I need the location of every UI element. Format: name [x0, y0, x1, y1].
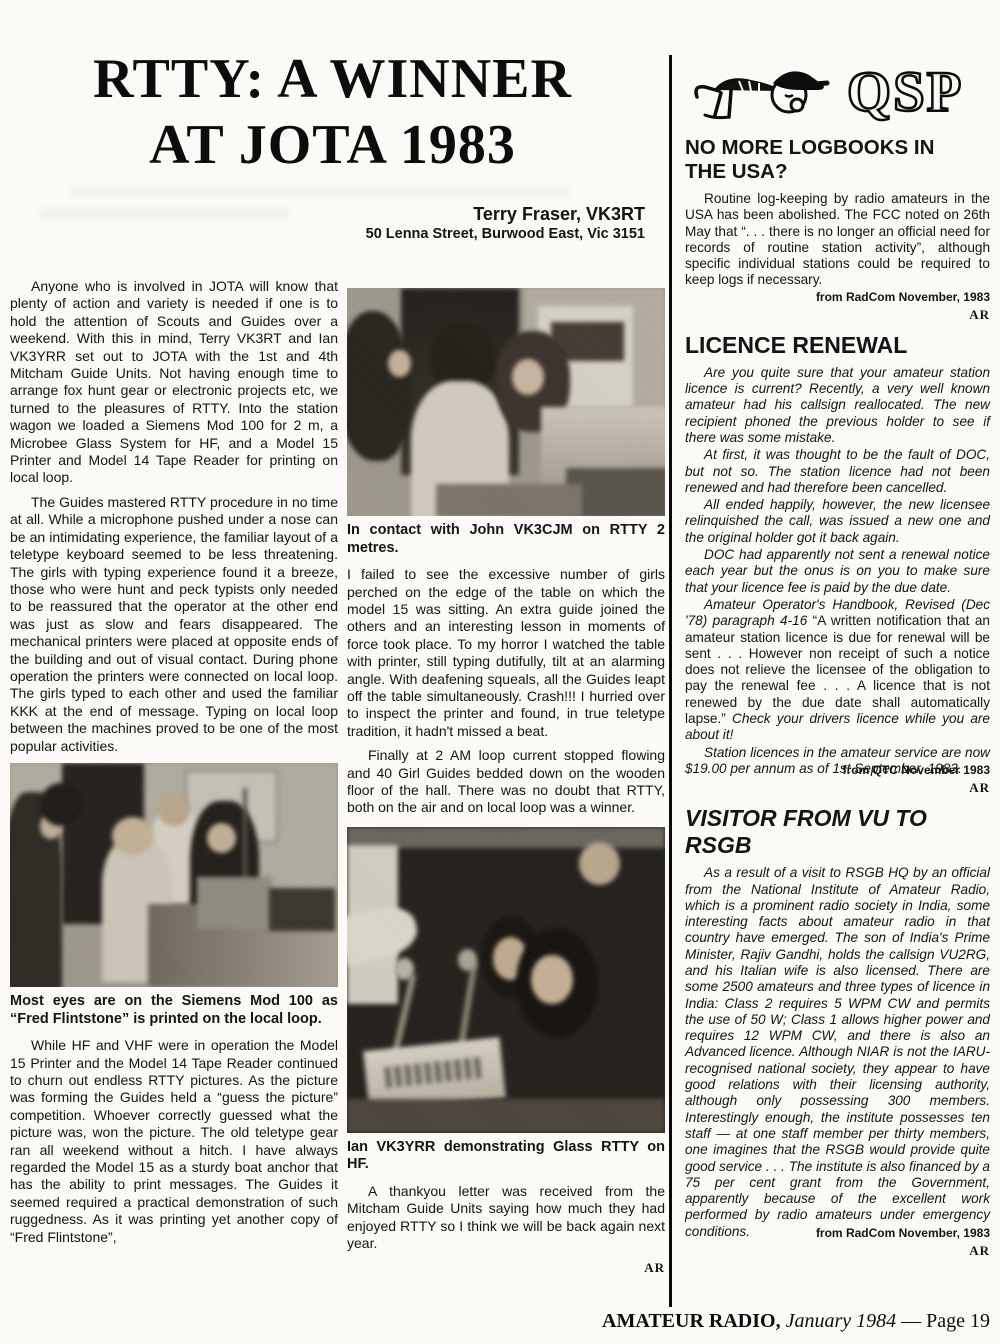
photo-caption: In contact with John VK3CJM on RTTY 2 me…: [347, 522, 665, 557]
qsp-column: QSP NO MORE LOGBOOKS IN THE USA? Routine…: [685, 55, 990, 1259]
body-paragraph: While HF and VHF were in operation the M…: [10, 1037, 338, 1246]
photo-rtty-2m-contact: [347, 288, 665, 516]
body-paragraph: At first, it was thought to be the fault…: [685, 447, 990, 496]
author-address: 50 Lenna Street, Burwood East, Vic 3151: [300, 225, 645, 244]
body-paragraph: DOC had apparently not sent a renewal no…: [685, 547, 990, 596]
section-end-mark: AR: [685, 1243, 990, 1259]
section-end-mark: AR: [685, 780, 990, 796]
article-end-mark: AR: [347, 1260, 665, 1276]
magazine-name: AMATEUR RADIO,: [602, 1310, 781, 1332]
photo-caption: Most eyes are on the Siemens Mod 100 as …: [10, 993, 338, 1028]
qsp-logo-wordmark: QSP: [843, 57, 990, 127]
page-number: — Page 19: [901, 1310, 990, 1332]
body-paragraph: I failed to see the excessive number of …: [347, 566, 665, 740]
qsp-logo-text: QSP: [847, 61, 963, 124]
body-paragraph: Anyone who is involved in JOTA will know…: [10, 278, 338, 487]
show-through-smudge: [40, 208, 290, 219]
body-paragraph: Routine log-keeping by radio amateurs in…: [685, 191, 990, 289]
article-column-1: Anyone who is involved in JOTA will know…: [10, 278, 338, 1253]
photo-caption: Ian VK3YRR demonstrating Glass RTTY on H…: [347, 1139, 665, 1174]
page-footer: AMATEUR RADIO, January 1984 — Page 19: [602, 1310, 990, 1333]
article-title: RTTY: A WINNER AT JOTA 1983: [10, 46, 655, 178]
section-heading-licence-renewal: LICENCE RENEWAL: [685, 332, 990, 358]
body-paragraph: Amateur Operator's Handbook, Revised (De…: [685, 597, 990, 744]
photo-glass-rtty-demo: [347, 827, 665, 1133]
qsp-logo: QSP: [685, 55, 990, 129]
magazine-page: RTTY: A WINNER AT JOTA 1983 Terry Fraser…: [0, 0, 1000, 1344]
licence-renewal-body: Are you quite sure that your amateur sta…: [685, 365, 990, 777]
body-paragraph: Are you quite sure that your amateur sta…: [685, 365, 990, 446]
body-paragraph: A thankyou letter was received from the …: [347, 1183, 665, 1253]
article-column-2: In contact with John VK3CJM on RTTY 2 me…: [347, 288, 665, 1276]
body-paragraph: As a result of a visit to RSGB HQ by an …: [685, 865, 990, 1240]
author-name: Terry Fraser, VK3RT: [300, 203, 645, 225]
show-through-smudge: [70, 186, 570, 198]
source-credit: from RadCom November, 1983: [685, 290, 990, 305]
issue-date: January 1984: [786, 1310, 897, 1332]
body-paragraph: Finally at 2 AM loop current stopped flo…: [347, 747, 665, 817]
photo-siemens-mod100-group: [10, 763, 338, 987]
crawling-scout-icon: [685, 57, 833, 127]
body-paragraph: All ended happily, however, the new lice…: [685, 497, 990, 546]
column-divider-rule: [669, 55, 672, 1307]
section-heading-visitor: VISITOR FROM VU TO RSGB: [685, 805, 990, 859]
article-title-line1: RTTY: A WINNER: [10, 46, 655, 112]
section-end-mark: AR: [685, 307, 990, 323]
byline: Terry Fraser, VK3RT 50 Lenna Street, Bur…: [300, 203, 645, 244]
article-title-line2: AT JOTA 1983: [10, 112, 655, 178]
section-heading-no-more-logbooks: NO MORE LOGBOOKS IN THE USA?: [685, 136, 990, 184]
body-paragraph: The Guides mastered RTTY procedure in no…: [10, 494, 338, 755]
